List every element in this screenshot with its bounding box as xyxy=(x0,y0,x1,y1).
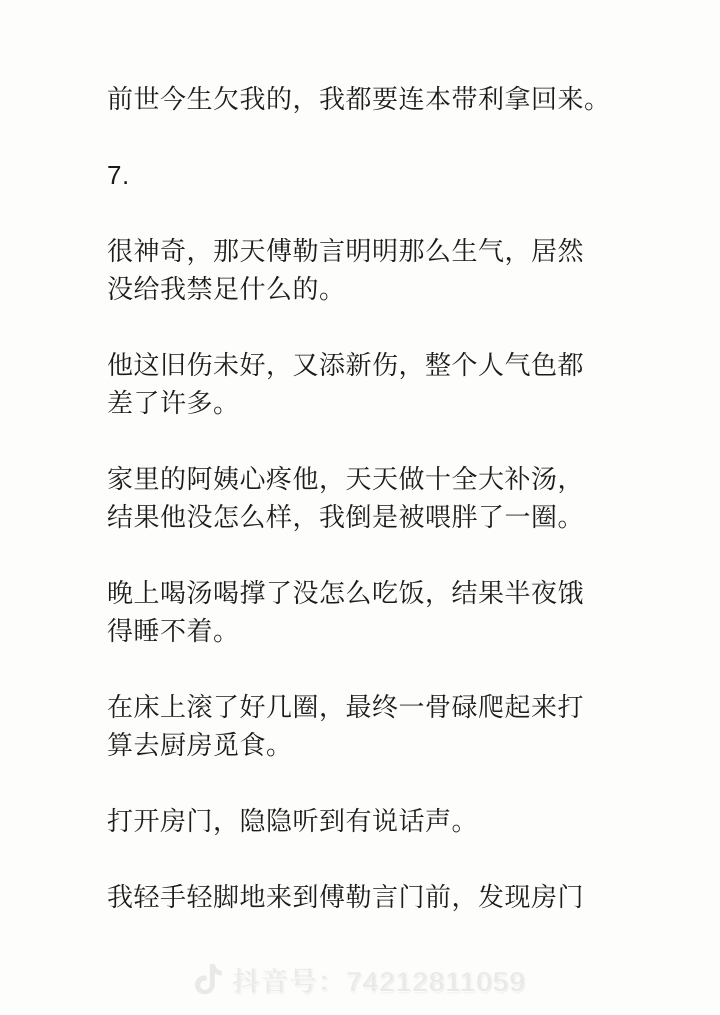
paragraph-8: 打开房门，隐隐听到有说话声。 xyxy=(107,802,620,840)
text-line: 结果他没怎么样，我倒是被喂胖了一圈。 xyxy=(107,498,620,536)
paragraph-9: 我轻手轻脚地来到傅勒言门前，发现房门 xyxy=(107,878,620,916)
text-line: 算去厨房觅食。 xyxy=(107,726,620,764)
story-text: 前世今生欠我的，我都要连本带利拿回来。 7. 很神奇，那天傅勒言明明那么生气，居… xyxy=(107,80,620,954)
douyin-account-text: 抖音号：74212811059 xyxy=(232,960,526,999)
douyin-note-icon xyxy=(194,963,223,996)
text-line: 得睡不着。 xyxy=(107,612,620,650)
paragraph-5: 家里的阿姨心疼他，天天做十全大补汤， 结果他没怎么样，我倒是被喂胖了一圈。 xyxy=(107,460,620,536)
text-line: 打开房门，隐隐听到有说话声。 xyxy=(107,802,620,840)
text-line: 差了许多。 xyxy=(107,384,620,422)
text-line: 他这旧伤未好，又添新伤，整个人气色都 xyxy=(107,346,620,384)
text-line: 很神奇，那天傅勒言明明那么生气，居然 xyxy=(107,232,620,270)
paragraph-4: 他这旧伤未好，又添新伤，整个人气色都 差了许多。 xyxy=(107,346,620,422)
text-line: 在床上滚了好几圈，最终一骨碌爬起来打 xyxy=(107,688,620,726)
text-line: 家里的阿姨心疼他，天天做十全大补汤， xyxy=(107,460,620,498)
paragraph-7: 在床上滚了好几圈，最终一骨碌爬起来打 算去厨房觅食。 xyxy=(107,688,620,764)
douyin-watermark: 抖音号：74212811059 xyxy=(0,960,720,999)
paragraph-6: 晚上喝汤喝撑了没怎么吃饭，结果半夜饿 得睡不着。 xyxy=(107,574,620,650)
section-number: 7. xyxy=(107,156,620,194)
text-line: 前世今生欠我的，我都要连本带利拿回来。 xyxy=(107,80,620,118)
text-line: 我轻手轻脚地来到傅勒言门前，发现房门 xyxy=(107,878,620,916)
novel-page: 前世今生欠我的，我都要连本带利拿回来。 7. 很神奇，那天傅勒言明明那么生气，居… xyxy=(0,0,720,1015)
text-line: 没给我禁足什么的。 xyxy=(107,270,620,308)
paragraph-1: 前世今生欠我的，我都要连本带利拿回来。 xyxy=(107,80,620,118)
paragraph-3: 很神奇，那天傅勒言明明那么生气，居然 没给我禁足什么的。 xyxy=(107,232,620,308)
text-line: 晚上喝汤喝撑了没怎么吃饭，结果半夜饿 xyxy=(107,574,620,612)
text-line: 7. xyxy=(107,156,620,194)
